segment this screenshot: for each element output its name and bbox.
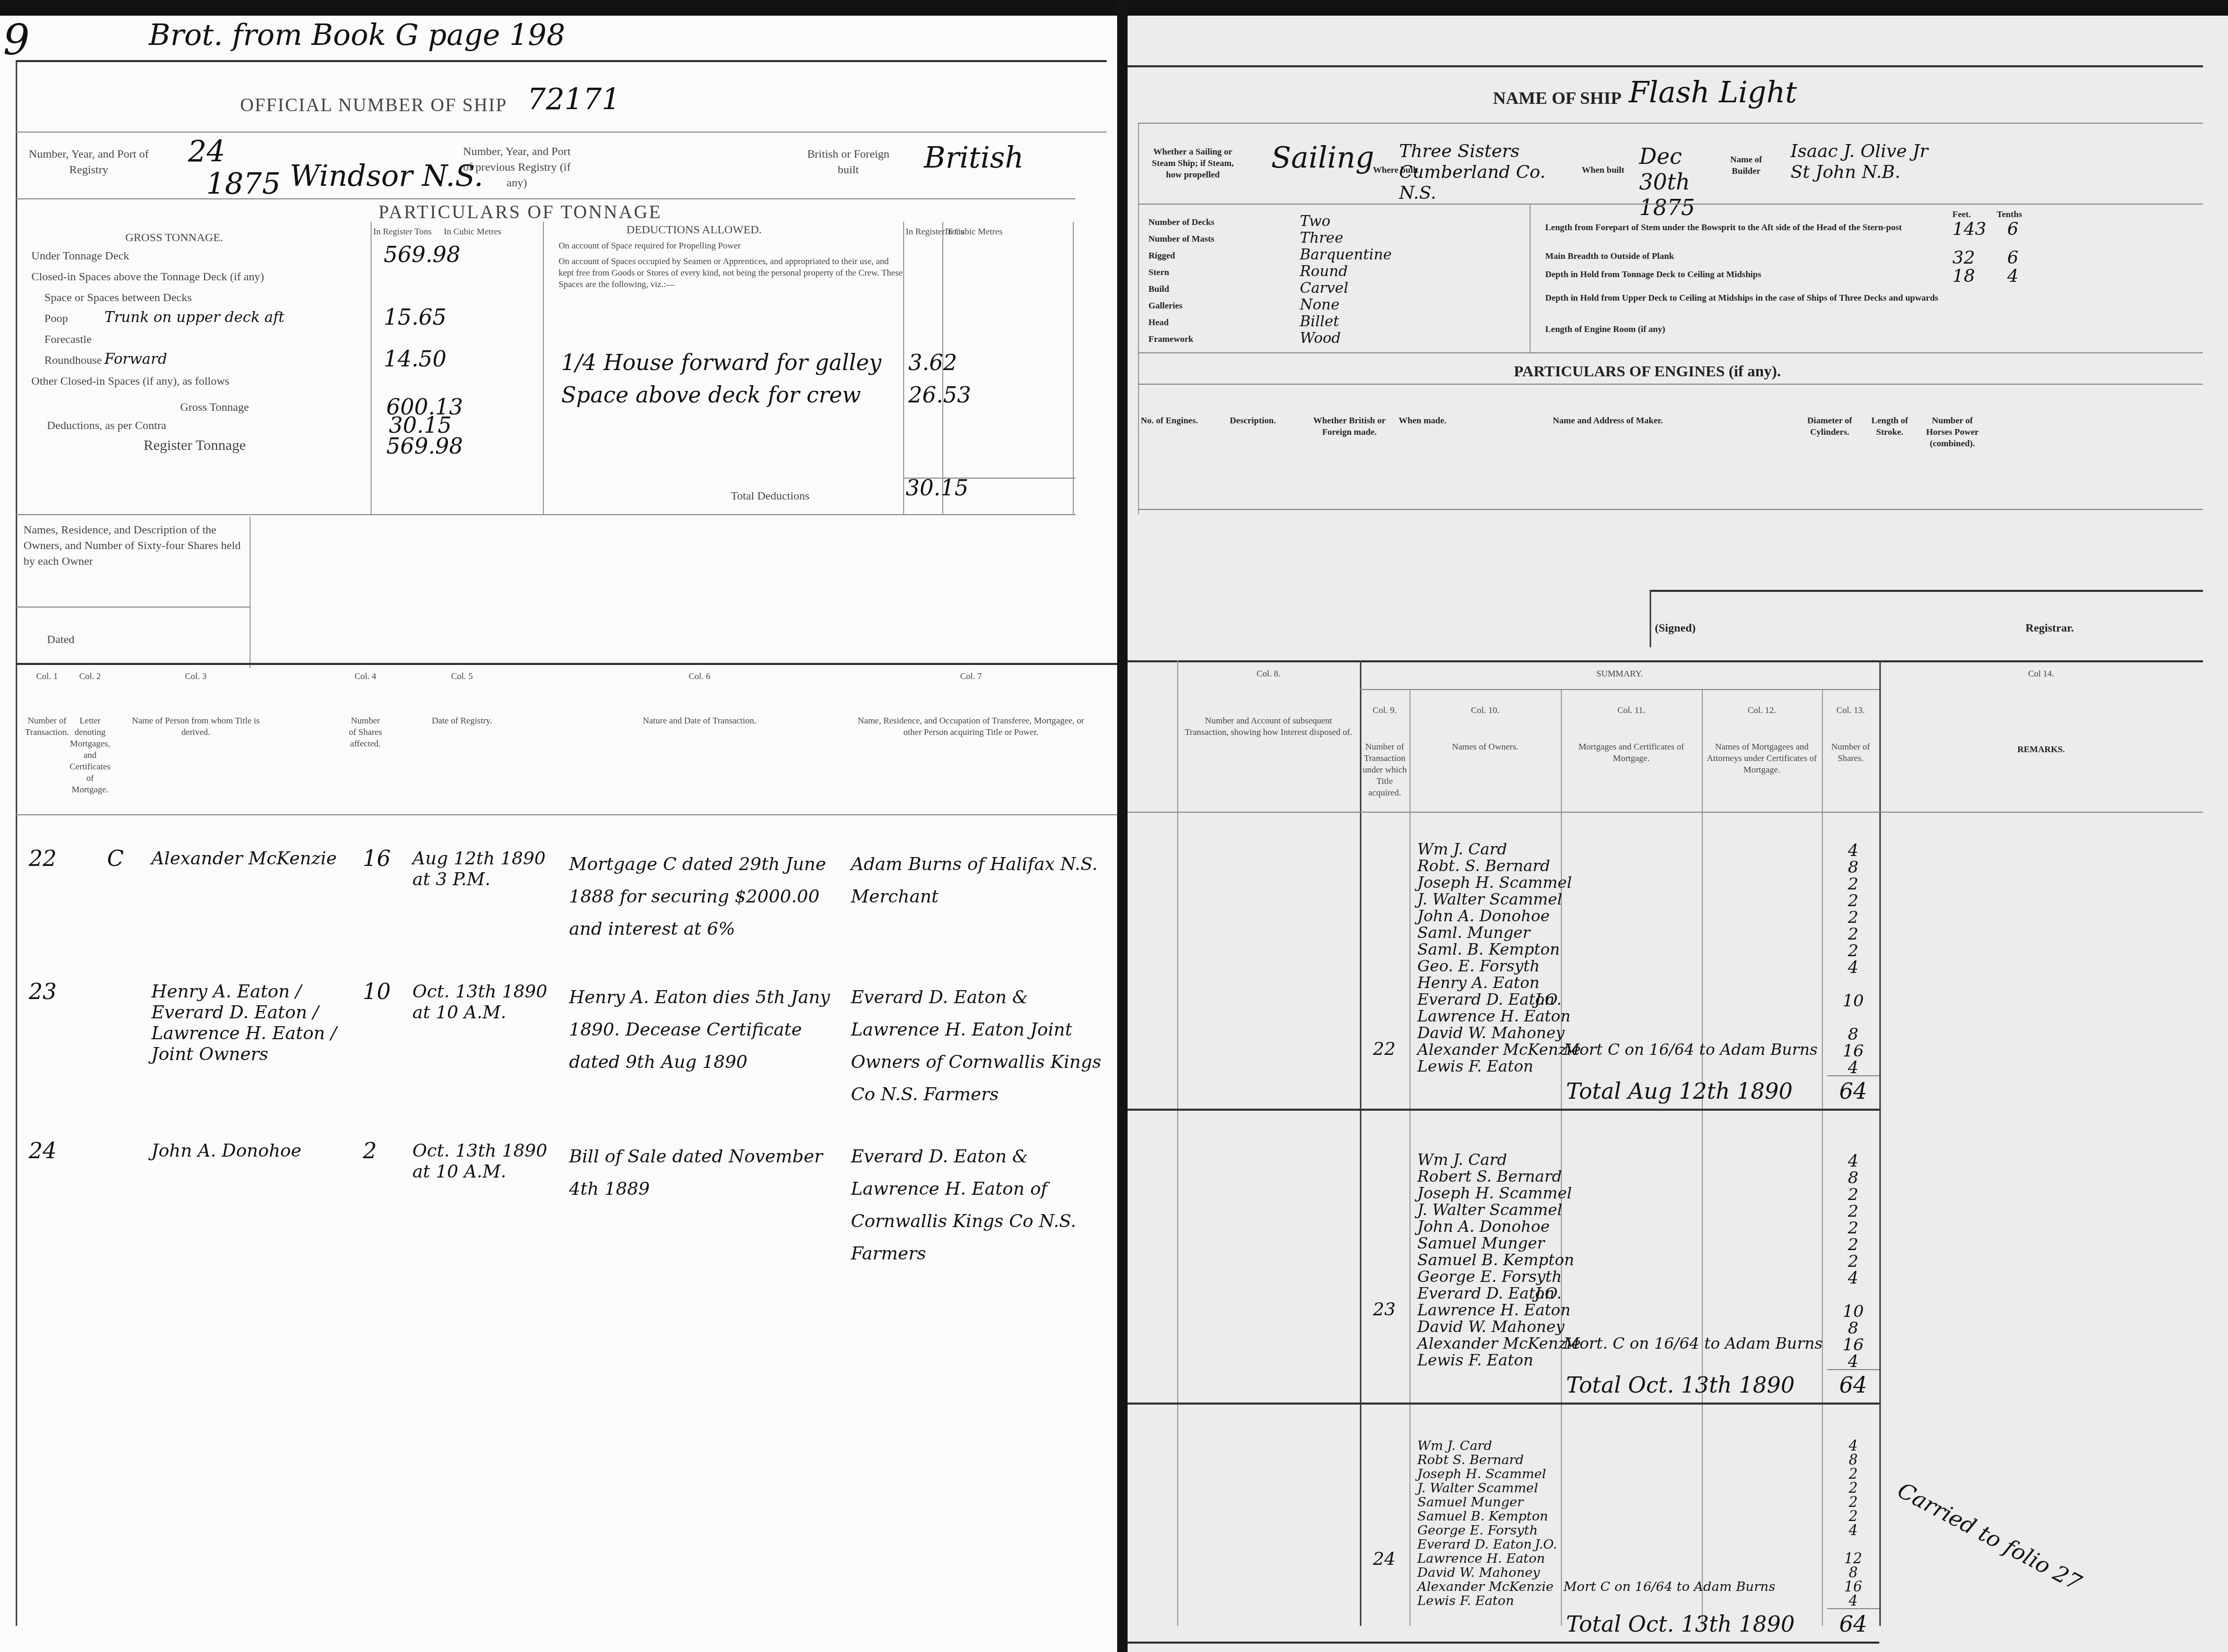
divider bbox=[1561, 689, 1562, 1626]
owner-name: Wm J. Card bbox=[1417, 840, 1507, 859]
owner-shares: 4 bbox=[1832, 1351, 1874, 1371]
owner-name: David W. Mahoney bbox=[1417, 1024, 1565, 1042]
particular-value: Billet bbox=[1300, 313, 1339, 330]
particular-value: Round bbox=[1300, 263, 1348, 280]
owner-name: Samuel B. Kempton bbox=[1417, 1251, 1574, 1269]
brought-from-note: Brot. from Book G page 198 bbox=[149, 18, 565, 52]
engine-header: Number of Horses Power (combined). bbox=[1921, 415, 1984, 449]
divider bbox=[1822, 689, 1823, 1626]
scan-border-top bbox=[0, 0, 2228, 16]
owner-name: Wm J. Card bbox=[1417, 1151, 1507, 1169]
particular-label: Rigged bbox=[1148, 250, 1175, 262]
divider bbox=[250, 517, 251, 668]
particular-value: Two bbox=[1300, 212, 1331, 230]
total-deductions-value: 30.15 bbox=[906, 475, 968, 501]
ship-name-label: NAME OF SHIP bbox=[1493, 89, 1621, 109]
tonnage-row-value: 569.98 bbox=[384, 242, 460, 267]
owner-name: Lewis F. Eaton bbox=[1417, 1057, 1533, 1076]
tonnage-row-label: Other Closed-in Spaces (if any), as foll… bbox=[31, 373, 282, 389]
rule bbox=[1827, 1075, 1879, 1076]
transaction-number: 23 bbox=[29, 979, 56, 1004]
summary-total: 64 bbox=[1832, 1372, 1874, 1398]
divider bbox=[903, 222, 904, 514]
deductions-seamen: On account of Spaces occupied by Seamen … bbox=[559, 256, 903, 290]
dimension-label: Depth in Hold from Upper Deck to Ceiling… bbox=[1545, 292, 1942, 304]
summary-total: 64 bbox=[1832, 1611, 1874, 1637]
rule bbox=[1128, 1642, 1879, 1644]
summary-transaction-number: 22 bbox=[1373, 1039, 1395, 1060]
owner-name: Samuel B. Kempton bbox=[1417, 1508, 1548, 1524]
right-page: NAME OF SHIP Flash Light Whether a Saili… bbox=[1128, 16, 2228, 1652]
border-left bbox=[16, 60, 17, 1626]
owners-label: Names, Residence, and Description of the… bbox=[23, 522, 248, 569]
col8-head: Number and Account of subsequent Transac… bbox=[1182, 715, 1355, 738]
shares-affected: 16 bbox=[363, 846, 390, 871]
divider bbox=[371, 222, 372, 514]
deduction-item-value: 3.62 bbox=[908, 350, 957, 375]
owner-name: Henry A. Eaton bbox=[1417, 974, 1539, 992]
summary-column-number: Col. 12. bbox=[1702, 705, 1822, 716]
transferee: Everard D. Eaton & Lawrence H. Eaton of … bbox=[851, 1140, 1101, 1270]
owner-name: J. Walter Scammel bbox=[1417, 890, 1562, 909]
dated-label: Dated bbox=[47, 632, 75, 647]
engine-header: Description. bbox=[1201, 415, 1305, 426]
transferee: Adam Burns of Halifax N.S. Merchant bbox=[851, 848, 1101, 913]
owner-name: Joseph H. Scammel bbox=[1417, 874, 1572, 892]
particular-label: Build bbox=[1148, 283, 1169, 295]
rule bbox=[1360, 689, 1879, 690]
summary-title: SUMMARY. bbox=[1360, 668, 1879, 680]
particular-value: Three bbox=[1300, 229, 1343, 246]
page-gutter bbox=[1117, 0, 1128, 1652]
registry-date: Oct. 13th 1890 at 10 A.M. bbox=[412, 981, 564, 1023]
rule bbox=[1128, 1403, 1879, 1405]
owner-name: Alexander McKenzie bbox=[1417, 1335, 1581, 1353]
column-head: Name, Residence, and Occupation of Trans… bbox=[848, 715, 1094, 738]
owner-name: Saml. Munger bbox=[1417, 924, 1530, 942]
owner-name: Samuel Munger bbox=[1417, 1234, 1545, 1253]
gross-tonnage-label: Gross Tonnage bbox=[180, 399, 249, 415]
engine-header: Name and Address of Maker. bbox=[1451, 415, 1764, 426]
owner-shares: 4 bbox=[1832, 957, 1874, 977]
tonnage-row-value: 15.65 bbox=[384, 304, 446, 330]
divider bbox=[1650, 590, 1651, 647]
dimension-tenths: 6 bbox=[2007, 219, 2019, 240]
engine-header: Diameter of Cylinders. bbox=[1798, 415, 1861, 438]
particular-label: Galleries bbox=[1148, 300, 1182, 312]
rule bbox=[1827, 1608, 1879, 1609]
divider bbox=[1409, 689, 1411, 1626]
tonnage-row-note: Forward bbox=[104, 350, 167, 367]
rule bbox=[1138, 123, 2203, 124]
engine-header: Whether British or Foreign made. bbox=[1305, 415, 1394, 438]
summary-column-number: Col. 10. bbox=[1409, 705, 1561, 716]
dimension-tenths: 6 bbox=[2007, 247, 2019, 268]
dimension-feet: 32 bbox=[1952, 247, 1975, 268]
dimension-label: Length from Forepart of Stem under the B… bbox=[1545, 222, 1942, 233]
summary-transaction-number: 23 bbox=[1373, 1299, 1395, 1320]
dimension-label: Main Breadth to Outside of Plank bbox=[1545, 251, 1942, 262]
col-register-tons: In Register Tons bbox=[373, 226, 432, 237]
deduction-item-label: 1/4 House forward for galley bbox=[561, 350, 882, 375]
rule bbox=[1128, 660, 2203, 662]
summary-total-label: Total Oct. 13th 1890 bbox=[1566, 1372, 1795, 1398]
summary-total: 64 bbox=[1832, 1078, 1874, 1104]
transaction-row: 24John A. Donohoe2Oct. 13th 1890 at 10 A… bbox=[0, 1138, 1117, 1274]
rule bbox=[16, 514, 1075, 515]
tonnage-row-label: Space or Spaces between Decks bbox=[44, 290, 295, 305]
divider bbox=[1073, 222, 1074, 514]
owner-name: George E. Forsyth bbox=[1417, 1523, 1538, 1538]
divider bbox=[543, 222, 544, 514]
divider bbox=[1360, 660, 1361, 1626]
rule bbox=[16, 198, 1075, 199]
col8-number: Col. 8. bbox=[1177, 668, 1360, 680]
owner-name: John A. Donohoe bbox=[1417, 1218, 1550, 1236]
registrar-label: Registrar. bbox=[2025, 621, 2074, 635]
builder-value: Isaac J. Olive Jr St John N.B. bbox=[1791, 141, 1937, 183]
official-number: 72171 bbox=[527, 82, 620, 116]
transaction-row: 22CAlexander McKenzie16Aug 12th 1890 at … bbox=[0, 846, 1117, 981]
ded-col-cubic-metres: In Cubic Metres bbox=[945, 226, 1002, 237]
registry-year: 1875 bbox=[206, 167, 281, 201]
mortgage-letter: C bbox=[107, 846, 124, 871]
rule bbox=[1138, 352, 2203, 353]
divider bbox=[1702, 689, 1703, 1626]
tonnage-row-label: Closed-in Spaces above the Tonnage Deck … bbox=[31, 269, 282, 284]
dimension-feet: 143 bbox=[1952, 219, 1986, 240]
rule bbox=[16, 132, 1107, 133]
title-derived-from: John A. Donohoe bbox=[151, 1140, 339, 1161]
engines-title: PARTICULARS OF ENGINES (if any). bbox=[1514, 363, 1781, 381]
transferee: Everard D. Eaton & Lawrence H. Eaton Joi… bbox=[851, 981, 1101, 1111]
joint-owners-mark: J.O. bbox=[1535, 1537, 1557, 1552]
owner-name: Everard D. Eaton bbox=[1417, 1285, 1555, 1303]
particular-label: Number of Masts bbox=[1148, 233, 1214, 245]
registry-number: 24 bbox=[188, 135, 225, 169]
folio-number: 9 bbox=[3, 16, 30, 64]
british-foreign-value: British bbox=[924, 141, 1024, 175]
rule bbox=[16, 60, 1107, 62]
particular-value: Barquentine bbox=[1300, 246, 1392, 263]
total-deductions-label: Total Deductions bbox=[731, 488, 810, 504]
column-head: Letter denoting Mortgages, and Certifica… bbox=[67, 715, 113, 795]
joint-owners-mark: J.O. bbox=[1535, 991, 1562, 1009]
where-built-value: Three Sisters Cumberland Co. N.S. bbox=[1399, 141, 1566, 204]
column-head: Nature and Date of Transaction. bbox=[555, 715, 844, 727]
owner-name: Everard D. Eaton bbox=[1417, 1537, 1532, 1552]
remark-carried-to-folio: Carried to folio 27 bbox=[1893, 1477, 2085, 1596]
ship-name: Flash Light bbox=[1629, 76, 1797, 110]
british-foreign-label: British or Foreign built bbox=[804, 146, 893, 177]
transaction-row: 23Henry A. Eaton / Everard D. Eaton / La… bbox=[0, 979, 1117, 1114]
summary-total-label: Total Oct. 13th 1890 bbox=[1566, 1611, 1795, 1637]
rule bbox=[16, 814, 1117, 815]
deduction-item-label: Space above deck for crew bbox=[561, 382, 861, 408]
col-cubic-metres: In Cubic Metres bbox=[444, 226, 501, 237]
col14-number: Col 14. bbox=[1879, 668, 2203, 680]
shares-affected: 10 bbox=[363, 979, 390, 1004]
owner-name: Robt. S. Bernard bbox=[1417, 857, 1550, 875]
column-number: Col. 5 bbox=[397, 671, 527, 682]
column-number: Col. 3 bbox=[120, 671, 271, 682]
registry-date: Oct. 13th 1890 at 10 A.M. bbox=[412, 1140, 564, 1182]
owner-name: Joseph H. Scammel bbox=[1417, 1466, 1546, 1481]
column-number: Col. 4 bbox=[345, 671, 386, 682]
rule bbox=[1128, 1109, 1879, 1111]
tonnage-row-label: Under Tonnage Deck bbox=[31, 248, 282, 264]
signed-label: (Signed) bbox=[1655, 621, 1696, 635]
tonnage-title: PARTICULARS OF TONNAGE bbox=[378, 201, 662, 223]
owner-name: Saml. B. Kempton bbox=[1417, 941, 1560, 959]
divider bbox=[1879, 660, 1881, 1626]
summary-column-head: Mortgages and Certificates of Mortgage. bbox=[1562, 741, 1700, 764]
dimension-label: Length of Engine Room (if any) bbox=[1545, 324, 1942, 335]
summary-column-number: Col. 9. bbox=[1360, 705, 1409, 716]
particular-label: Head bbox=[1148, 317, 1169, 328]
summary-column-head: Names of Mortgagees and Attorneys under … bbox=[1703, 741, 1820, 776]
owner-name: Geo. E. Forsyth bbox=[1417, 957, 1540, 976]
builder-label: Name of Builder bbox=[1728, 154, 1764, 177]
owner-name: Robert S. Bernard bbox=[1417, 1168, 1562, 1186]
owner-shares: 4 bbox=[1832, 1268, 1874, 1288]
transaction-number: 22 bbox=[29, 846, 56, 871]
rule bbox=[1138, 384, 2203, 385]
particular-label: Number of Decks bbox=[1148, 217, 1214, 228]
owner-name: Robt S. Bernard bbox=[1417, 1452, 1524, 1467]
when-built-label: When built bbox=[1582, 164, 1625, 176]
mortgage-note: Mort C on 16/64 to Adam Burns bbox=[1563, 1579, 1775, 1594]
owner-name: Alexander McKenzie bbox=[1417, 1041, 1581, 1059]
transaction-nature: Mortgage C dated 29th June 1888 for secu… bbox=[569, 848, 846, 945]
rule bbox=[16, 607, 251, 608]
rule bbox=[1650, 590, 2203, 592]
particular-label: Framework bbox=[1148, 334, 1193, 345]
owner-name: Joseph H. Scammel bbox=[1417, 1184, 1572, 1203]
deductions-contra-label: Deductions, as per Contra bbox=[47, 418, 167, 433]
propulsion-label: Whether a Sailing or Steam Ship; if Stea… bbox=[1143, 146, 1242, 181]
owner-shares: 10 bbox=[1832, 991, 1874, 1011]
owner-name: John A. Donohoe bbox=[1417, 907, 1550, 925]
gross-tonnage-title: GROSS TONNAGE. bbox=[125, 230, 223, 245]
title-derived-from: Alexander McKenzie bbox=[151, 848, 339, 869]
joint-owners-mark: J.O. bbox=[1535, 1285, 1562, 1303]
divider bbox=[1530, 204, 1531, 352]
transaction-number: 24 bbox=[29, 1138, 56, 1163]
border-left bbox=[1138, 123, 1139, 514]
tonnage-row-note: Trunk on upper deck aft bbox=[104, 308, 285, 326]
rule bbox=[1128, 65, 2203, 67]
mortgage-note: Mort. C on 16/64 to Adam Burns bbox=[1563, 1335, 1822, 1353]
propulsion-value: Sailing bbox=[1271, 141, 1374, 175]
owner-name: David W. Mahoney bbox=[1417, 1565, 1540, 1580]
owner-name: George E. Forsyth bbox=[1417, 1268, 1562, 1286]
rule bbox=[1138, 204, 2203, 205]
summary-column-number: Col. 13. bbox=[1822, 705, 1879, 716]
dimension-feet: 18 bbox=[1952, 266, 1975, 287]
owner-name: Alexander McKenzie bbox=[1417, 1579, 1554, 1594]
owner-name: Samuel Munger bbox=[1417, 1494, 1523, 1510]
column-number: Col. 2 bbox=[65, 671, 115, 682]
summary-transaction-number: 24 bbox=[1373, 1549, 1395, 1570]
owner-name: J. Walter Scammel bbox=[1417, 1201, 1562, 1219]
when-built-value: Dec 30th 1875 bbox=[1639, 144, 1712, 220]
official-number-label: OFFICIAL NUMBER OF SHIP bbox=[240, 94, 507, 116]
col14-head: REMARKS. bbox=[1879, 744, 2203, 755]
summary-total-label: Total Aug 12th 1890 bbox=[1566, 1078, 1793, 1104]
registry-port: Windsor N.S. bbox=[290, 159, 483, 193]
rule bbox=[1827, 1369, 1879, 1370]
owner-shares: 4 bbox=[1832, 1057, 1874, 1077]
owner-name: Lawrence H. Eaton bbox=[1417, 1007, 1570, 1026]
engine-header: No. of Engines. bbox=[1141, 415, 1198, 426]
register-tonnage-value: 569.98 bbox=[386, 433, 463, 459]
rule bbox=[16, 663, 1117, 665]
dimension-tenths: 4 bbox=[2007, 266, 2019, 287]
summary-column-head: Number of Shares. bbox=[1823, 741, 1878, 764]
tonnage-row-label: Roundhouse bbox=[44, 352, 295, 368]
engine-header: When made. bbox=[1394, 415, 1451, 426]
particular-label: Stern bbox=[1148, 267, 1169, 278]
deductions-title: DEDUCTIONS ALLOWED. bbox=[626, 222, 762, 237]
summary-column-head: Names of Owners. bbox=[1411, 741, 1559, 753]
engine-header: Length of Stroke. bbox=[1864, 415, 1916, 438]
tonnage-row-label: Forecastle bbox=[44, 331, 295, 347]
previous-registry-label: Number, Year, and Port of previous Regis… bbox=[459, 144, 574, 191]
mortgage-note: Mort C on 16/64 to Adam Burns bbox=[1563, 1041, 1818, 1059]
owner-name: Lawrence H. Eaton bbox=[1417, 1301, 1570, 1320]
deduction-item-value: 26.53 bbox=[908, 382, 971, 408]
dimension-label: Depth in Hold from Tonnage Deck to Ceili… bbox=[1545, 269, 1942, 280]
owner-name: David W. Mahoney bbox=[1417, 1318, 1565, 1336]
column-head: Date of Registry. bbox=[399, 715, 525, 727]
column-head: Name of Person from whom Title is derive… bbox=[122, 715, 269, 738]
owner-name: Wm J. Card bbox=[1417, 1438, 1492, 1453]
register-tonnage-label: Register Tonnage bbox=[144, 437, 246, 454]
left-page: 9 Brot. from Book G page 198 OFFICIAL NU… bbox=[0, 16, 1117, 1652]
summary-column-number: Col. 11. bbox=[1561, 705, 1702, 716]
particular-value: None bbox=[1300, 296, 1340, 313]
owner-shares: 4 bbox=[1832, 1593, 1874, 1609]
transaction-nature: Henry A. Eaton dies 5th Jany 1890. Decea… bbox=[569, 981, 846, 1078]
shares-affected: 2 bbox=[363, 1138, 377, 1163]
column-number: Col. 6 bbox=[553, 671, 846, 682]
owner-name: Lawrence H. Eaton bbox=[1417, 1551, 1545, 1566]
column-head: Number of Shares affected. bbox=[347, 715, 384, 750]
owner-shares: 4 bbox=[1832, 1523, 1874, 1539]
registry-date: Aug 12th 1890 at 3 P.M. bbox=[412, 848, 564, 890]
owner-name: Lewis F. Eaton bbox=[1417, 1351, 1533, 1370]
rule bbox=[1138, 509, 2203, 510]
owner-name: Lewis F. Eaton bbox=[1417, 1593, 1514, 1608]
owner-name: J. Walter Scammel bbox=[1417, 1480, 1538, 1495]
summary-column-head: Number of Transaction under which Title … bbox=[1361, 741, 1408, 799]
tonnage-row-value: 14.50 bbox=[384, 346, 446, 372]
particular-value: Carvel bbox=[1300, 279, 1348, 296]
registry-label: Number, Year, and Port of Registry bbox=[26, 146, 151, 177]
title-derived-from: Henry A. Eaton / Everard D. Eaton / Lawr… bbox=[151, 981, 339, 1065]
transaction-nature: Bill of Sale dated November 4th 1889 bbox=[569, 1140, 846, 1205]
owner-name: Everard D. Eaton bbox=[1417, 991, 1555, 1009]
rule bbox=[1128, 812, 2203, 813]
particular-value: Wood bbox=[1300, 329, 1341, 347]
divider bbox=[1177, 660, 1178, 1626]
column-number: Col. 7 bbox=[846, 671, 1096, 682]
deductions-propelling: On account of Space required for Propell… bbox=[559, 240, 882, 252]
